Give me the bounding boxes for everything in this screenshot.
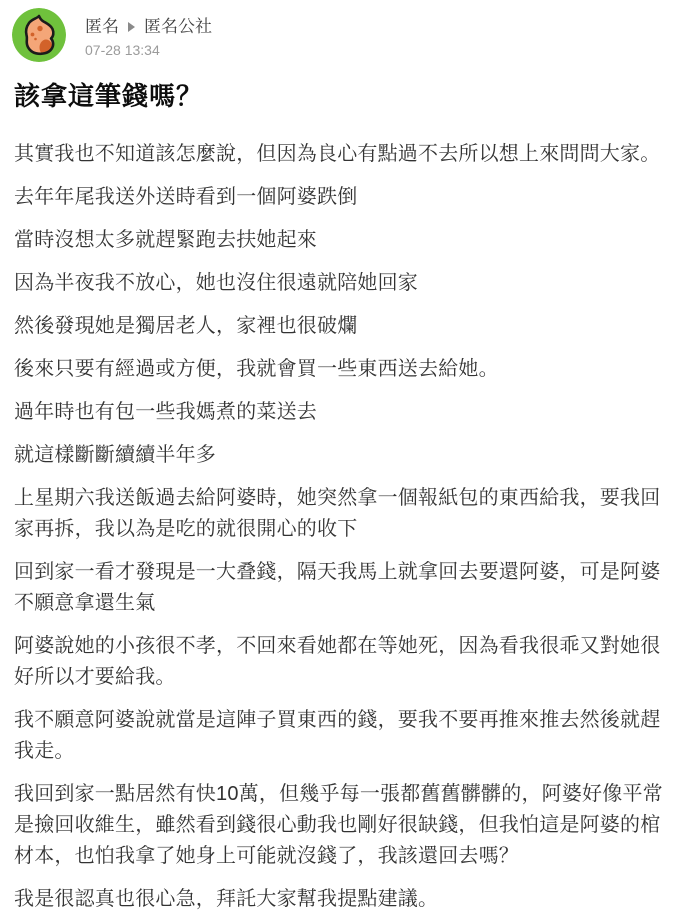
post-paragraph: 回到家一看才發現是一大叠錢，隔天我馬上就拿回去要還阿婆，可是阿婆不願意拿還生氣 bbox=[14, 557, 667, 619]
post-paragraph: 去年年尾我送外送時看到一個阿婆跌倒 bbox=[14, 182, 667, 213]
avatar[interactable] bbox=[12, 8, 66, 62]
post-paragraph: 阿婆說她的小孩很不孝，不回來看她都在等她死，因為看我很乖又對她很好所以才要給我。 bbox=[14, 631, 667, 693]
post-body: 其實我也不知道該怎麼說，但因為良心有點過不去所以想上來問問大家。 去年年尾我送外… bbox=[0, 139, 681, 915]
post-page: 匿名 匿名公社 07-28 13:34 該拿這筆錢嗎？ 其實我也不知道該怎麼說，… bbox=[0, 0, 681, 922]
post-paragraph: 上星期六我送飯過去給阿婆時，她突然拿一個報紙包的東西給我，要我回家再拆，我以為是… bbox=[14, 483, 667, 545]
post-paragraph: 就這樣斷斷續續半年多 bbox=[14, 440, 667, 471]
author-name[interactable]: 匿名 bbox=[85, 17, 119, 37]
post-paragraph: 我不願意阿婆說就當是這陣子買東西的錢，要我不要再推來推去然後就趕我走。 bbox=[14, 705, 667, 767]
post-title: 該拿這筆錢嗎？ bbox=[14, 81, 667, 112]
anonymous-mascot-icon bbox=[12, 8, 66, 62]
post-paragraph: 當時沒想太多就趕緊跑去扶她起來 bbox=[14, 225, 667, 256]
post-header: 匿名 匿名公社 07-28 13:34 bbox=[0, 0, 681, 62]
post-paragraph: 過年時也有包一些我媽煮的菜送去 bbox=[14, 397, 667, 428]
post-paragraph: 我是很認真也很心急，拜託大家幫我提點建議。 bbox=[14, 884, 667, 915]
post-paragraph: 我回到家一點居然有快10萬，但幾乎每一張都舊舊髒髒的，阿婆好像平常是撿回收維生，… bbox=[14, 779, 667, 872]
post-paragraph: 其實我也不知道該怎麼說，但因為良心有點過不去所以想上來問問大家。 bbox=[14, 139, 667, 170]
caret-right-icon bbox=[128, 22, 135, 32]
byline: 匿名 匿名公社 bbox=[85, 17, 212, 37]
post-paragraph: 然後發現她是獨居老人，家裡也很破爛 bbox=[14, 311, 667, 342]
header-text: 匿名 匿名公社 07-28 13:34 bbox=[85, 8, 212, 58]
post-paragraph: 因為半夜我不放心，她也沒住很遠就陪她回家 bbox=[14, 268, 667, 299]
forum-name[interactable]: 匿名公社 bbox=[144, 17, 212, 37]
timestamp: 07-28 13:34 bbox=[85, 42, 212, 58]
post-paragraph: 後來只要有經過或方便，我就會買一些東西送去給她。 bbox=[14, 354, 667, 385]
